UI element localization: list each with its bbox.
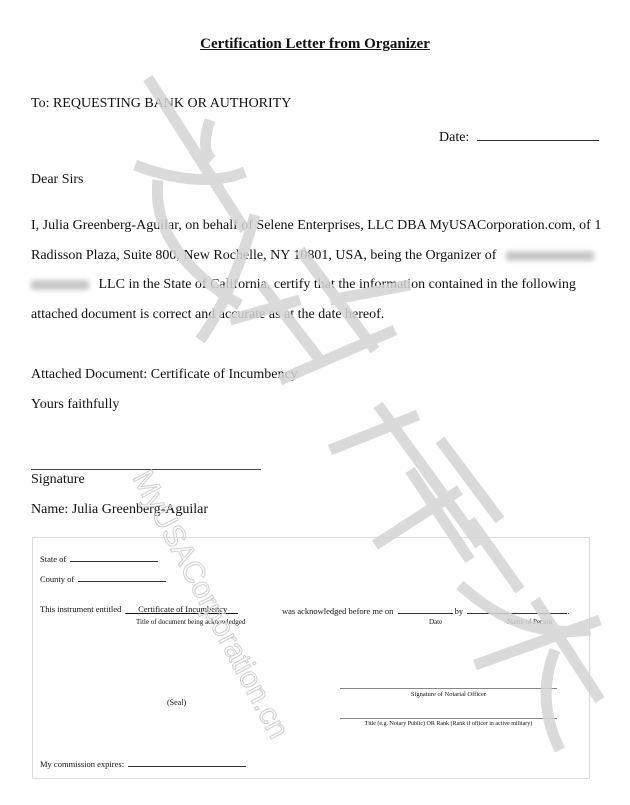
date-blank: [477, 126, 599, 141]
officer-title-line: [340, 718, 557, 719]
acknowledged-line: was acknowledged before me on by .: [282, 604, 569, 616]
commission-field: My commission expires:: [40, 757, 246, 769]
paragraph-line-3-text: LLC in the State of California, certify …: [99, 277, 576, 292]
paragraph-line-1: I, Julia Greenberg-Aguilar, on behalf of…: [31, 218, 601, 234]
paragraph-line-3: LLC in the State of California, certify …: [31, 277, 576, 293]
state-field: State of: [40, 552, 158, 564]
attached-document-line: Attached Document: Certificate of Incumb…: [31, 367, 298, 383]
closing: Yours faithfully: [31, 397, 119, 413]
recipient-line: To: REQUESTING BANK OR AUTHORITY: [31, 96, 291, 112]
by-label: by: [455, 606, 464, 616]
instrument-label: This instrument entitled: [40, 604, 121, 614]
notary-acknowledgment-box: State of County of This instrument entit…: [32, 537, 590, 779]
redacted-company-name: [506, 251, 594, 261]
paragraph-line-2-text: Radisson Plaza, Suite 800, New Rochelle,…: [31, 248, 496, 263]
commission-label: My commission expires:: [40, 759, 124, 769]
date-caption: Date: [429, 618, 442, 626]
officer-signature-line: [340, 688, 557, 689]
acknowledged-label: was acknowledged before me on: [282, 606, 393, 616]
state-blank: [70, 552, 158, 562]
document-title: Certification Letter from Organizer: [0, 36, 630, 53]
date-label: Date:: [439, 130, 469, 145]
officer-signature-caption: Signature of Notarial Officer: [340, 691, 557, 698]
officer-title-caption: Title (e.g. Notary Public) OR Rank (Rank…: [340, 721, 557, 727]
paragraph-line-4: attached document is correct and accurat…: [31, 307, 384, 323]
salutation: Dear Sirs: [31, 172, 84, 188]
state-label: State of: [40, 554, 66, 564]
county-label: County of: [40, 574, 74, 584]
commission-blank: [128, 757, 246, 767]
seal-label: (Seal): [167, 698, 186, 707]
person-caption: Name of Person: [507, 618, 552, 626]
redacted-company-name-cont: [31, 280, 89, 290]
ack-person-blank: [467, 604, 567, 614]
date-field: Date:: [439, 126, 599, 146]
county-blank: [78, 572, 166, 582]
paragraph-line-2: Radisson Plaza, Suite 800, New Rochelle,…: [31, 248, 594, 264]
signature-label: Signature: [31, 472, 85, 488]
county-field: County of: [40, 572, 166, 584]
ack-date-blank: [398, 604, 453, 614]
